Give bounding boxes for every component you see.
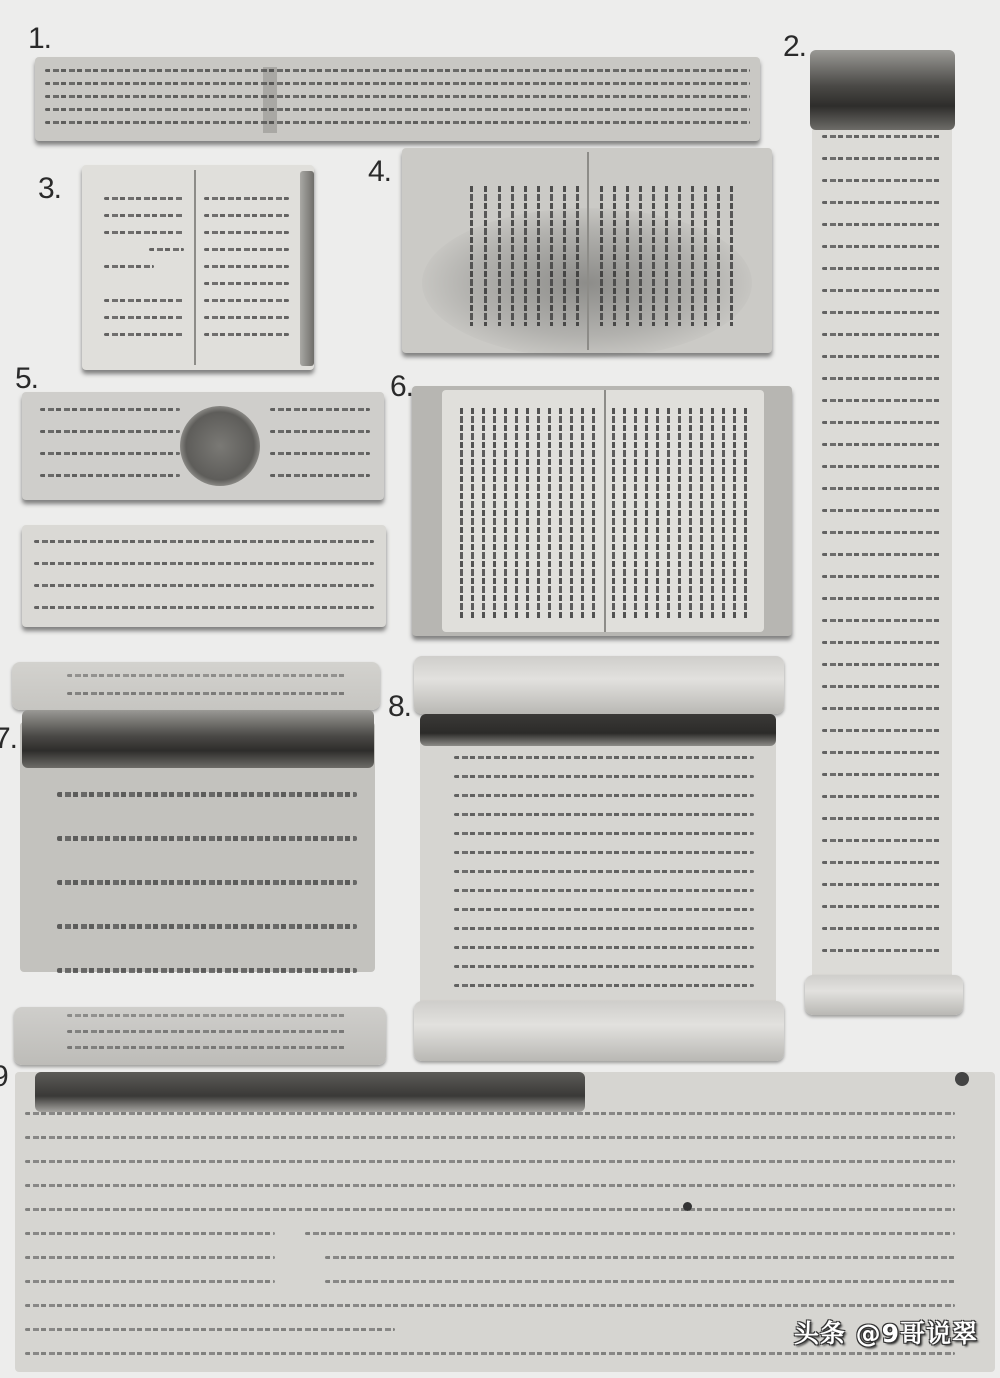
- text-lines: [34, 540, 374, 620]
- item-number-8: 8.: [388, 690, 411, 724]
- text-lines: [822, 135, 942, 975]
- text-lines-right: [204, 197, 289, 337]
- text-lines: [454, 756, 754, 996]
- chinese-text-bottom-roll: [67, 1014, 347, 1058]
- manuscript-item-2: [800, 50, 970, 1015]
- text-lines: [40, 408, 180, 488]
- manuscript-item-8: [414, 656, 784, 1061]
- text-columns: [470, 186, 770, 326]
- manuscript-item-6: [412, 378, 794, 640]
- ink-blot: [683, 1202, 692, 1211]
- item-number-3: 3.: [38, 172, 61, 206]
- ink-blot: [955, 1072, 969, 1086]
- item-number-6: 6.: [390, 370, 413, 404]
- text-lines-left: [104, 197, 184, 337]
- manuscript-item-1: [35, 57, 760, 141]
- manuscript-item-3: [82, 165, 320, 377]
- watermark: 头条 @9哥说翠: [794, 1314, 978, 1350]
- manuscript-item-4: [402, 148, 775, 360]
- item-number-5: 5.: [15, 362, 38, 396]
- item-number-1: 1.: [28, 22, 51, 56]
- text-lines: [57, 792, 357, 992]
- manuscript-item-5-top: [22, 392, 387, 512]
- text-columns: [460, 408, 760, 618]
- manuscript-item-7: [12, 662, 382, 1072]
- item-number-9: 9: [0, 1060, 8, 1094]
- manuscript-plate: 1. 2. 3.: [0, 0, 1000, 1378]
- item-number-4: 4.: [368, 155, 391, 189]
- text-lines: [270, 408, 370, 488]
- manuscript-item-5-bottom: [22, 525, 390, 635]
- chinese-text-top-roll: [67, 674, 347, 704]
- text-lines: [45, 67, 750, 133]
